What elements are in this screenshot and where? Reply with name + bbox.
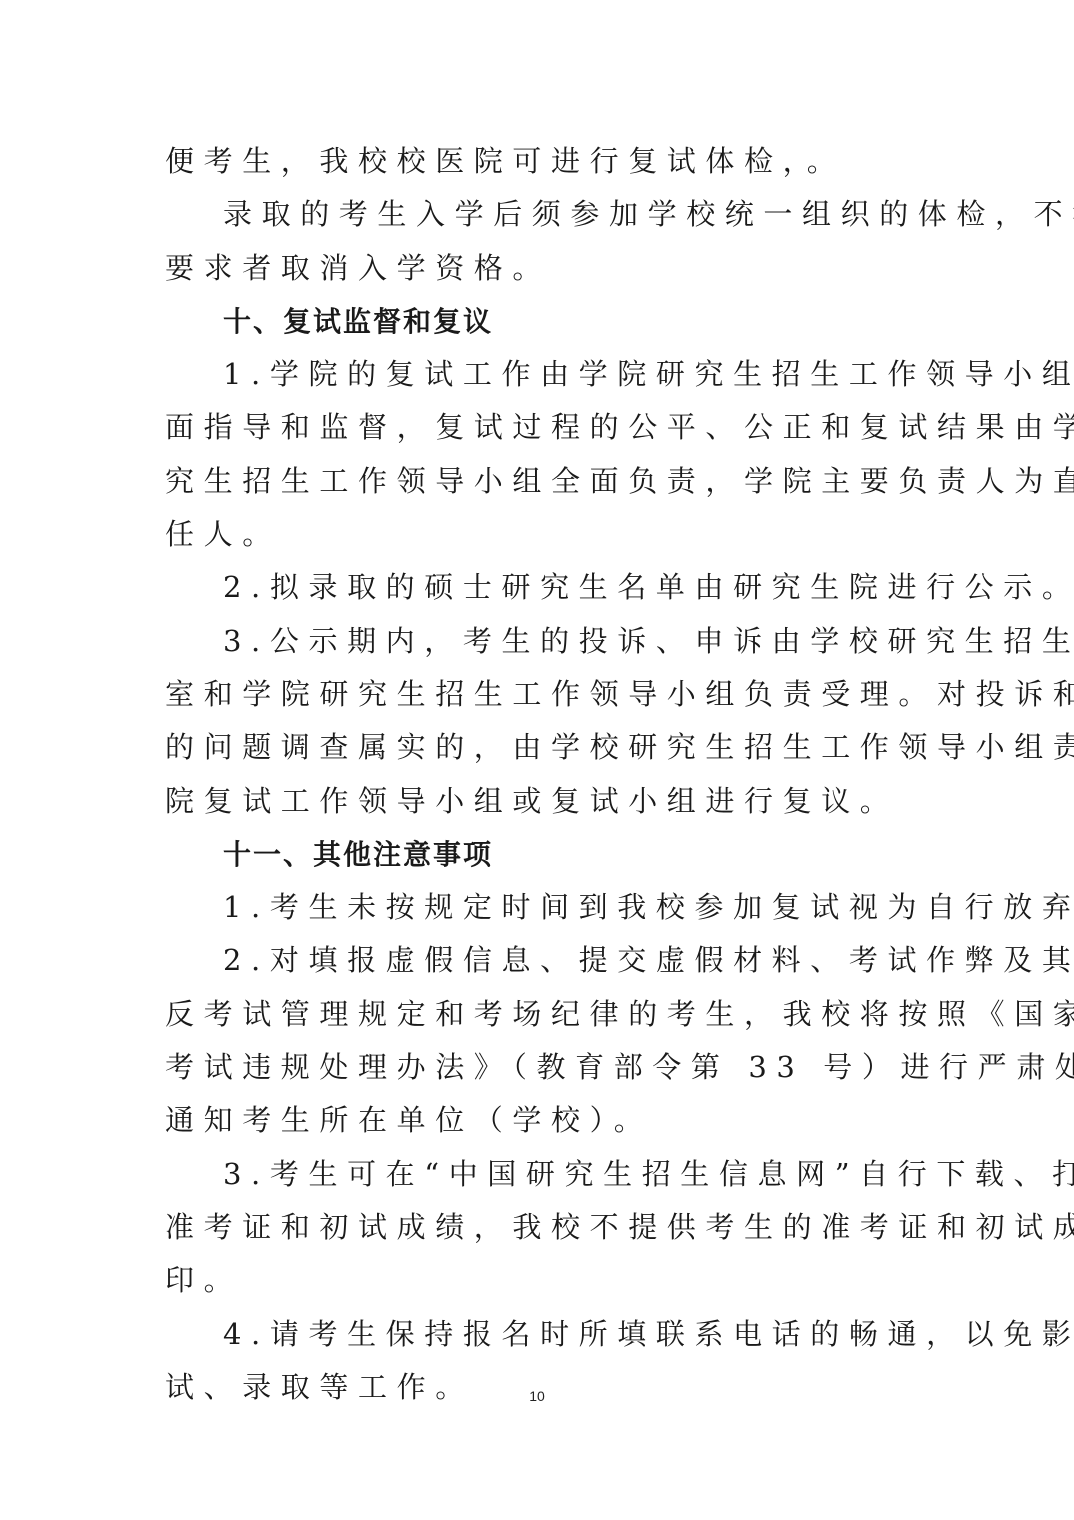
document-body: 便考生，我校校医院可进行复试体检，。 录取的考生入学后须参加学校统一组织的体检，… xyxy=(165,135,915,1414)
document-page: 便考生，我校校医院可进行复试体检，。 录取的考生入学后须参加学校统一组织的体检，… xyxy=(0,0,1074,1520)
paragraph-line: 3.公示期内，考生的投诉、申诉由学校研究生招生办公 xyxy=(165,615,915,668)
paragraph-line: 2.对填报虚假信息、提交虚假材料、考试作弊及其他违 xyxy=(165,934,915,987)
paragraph-line: 究生招生工作领导小组全面负责，学院主要负责人为直接责 xyxy=(165,455,915,508)
paragraph-line: 准考证和初试成绩，我校不提供考生的准考证和初试成绩打 xyxy=(165,1201,915,1254)
paragraph-line: 4.请考生保持报名时所填联系电话的畅通，以免影响复 xyxy=(165,1308,915,1361)
section-heading-11: 十一、其他注意事项 xyxy=(165,828,915,881)
paragraph-line: 要求者取消入学资格。 xyxy=(165,242,915,295)
paragraph-line: 考试违规处理办法》（教育部令第 33 号）进行严肃处理，并 xyxy=(165,1041,915,1094)
paragraph-line: 3.考生可在“中国研究生招生信息网”自行下载、打印 xyxy=(165,1148,915,1201)
page-number: 10 xyxy=(0,1388,1074,1404)
paragraph-line: 录取的考生入学后须参加学校统一组织的体检，不符合 xyxy=(165,188,915,241)
paragraph-line: 1.学院的复试工作由学院研究生招生工作领导小组全 xyxy=(165,348,915,401)
paragraph-line: 便考生，我校校医院可进行复试体检，。 xyxy=(165,135,915,188)
paragraph-line: 2.拟录取的硕士研究生名单由研究生院进行公示。 xyxy=(165,561,915,614)
paragraph-line: 通知考生所在单位（学校）。 xyxy=(165,1094,915,1147)
paragraph-line: 1.考生未按规定时间到我校参加复试视为自行放弃。 xyxy=(165,881,915,934)
section-heading-10: 十、复试监督和复议 xyxy=(165,295,915,348)
paragraph-line: 任人。 xyxy=(165,508,915,561)
paragraph-line: 反考试管理规定和考场纪律的考生，我校将按照《国家教育 xyxy=(165,988,915,1041)
paragraph-line: 室和学院研究生招生工作领导小组负责受理。对投诉和申诉 xyxy=(165,668,915,721)
paragraph-line: 的问题调查属实的，由学校研究生招生工作领导小组责成学 xyxy=(165,721,915,774)
paragraph-line: 院复试工作领导小组或复试小组进行复议。 xyxy=(165,775,915,828)
paragraph-line: 面指导和监督，复试过程的公平、公正和复试结果由学院研 xyxy=(165,401,915,454)
paragraph-line: 印。 xyxy=(165,1254,915,1307)
